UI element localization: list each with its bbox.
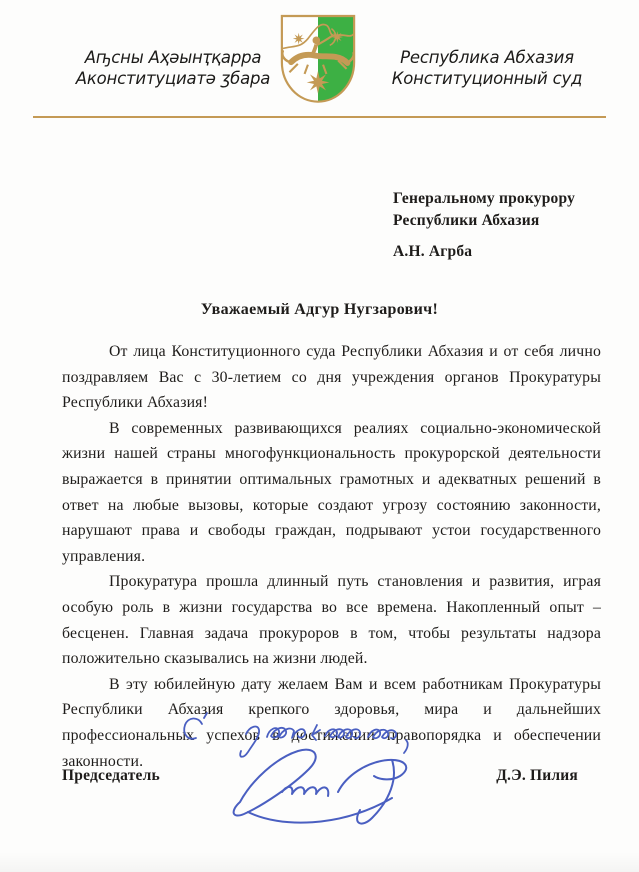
letterhead-abkhaz-title: Аҧсны Аҳәынҭқарра Аконституциатә ӡбара xyxy=(54,47,292,89)
signer-name: Д.Э. Пилия xyxy=(496,767,578,785)
letter-body: От лица Конституционного суда Республики… xyxy=(62,339,601,774)
letter-paragraph: В современных развивающихся реалиях соци… xyxy=(62,416,601,570)
letter-paragraph: От лица Конституционного суда Республики… xyxy=(62,339,601,416)
closing-row: Председатель Д.Э. Пилия xyxy=(62,767,578,785)
coat-of-arms-icon xyxy=(276,13,360,108)
letter-paragraph: В эту юбилейную дату желаем Вам и всем р… xyxy=(62,672,601,774)
addressee-line1: Генеральному прокурору xyxy=(393,188,575,210)
salutation: Уважаемый Адгур Нугзарович! xyxy=(0,301,639,319)
addressee-name: А.Н. Агрба xyxy=(393,241,575,263)
letterhead-abkhaz-line1: Аҧсны Аҳәынҭқарра xyxy=(54,47,292,68)
letterhead-abkhaz-line2: Аконституциатә ӡбара xyxy=(54,68,292,89)
letterhead-russian-title: Республика Абхазия Конституционный суд xyxy=(368,47,606,89)
position-title: Председатель xyxy=(62,767,160,785)
letter-paragraph: Прокуратура прошла длинный путь становле… xyxy=(62,569,601,671)
letter-page: Аҧсны Аҳәынҭқарра Аконституциатә ӡбара xyxy=(0,0,639,872)
letterhead-russian-line1: Республика Абхазия xyxy=(368,47,606,68)
addressee-line2: Республики Абхазия xyxy=(393,210,575,232)
addressee-block: Генеральному прокурору Республики Абхази… xyxy=(393,188,575,263)
letterhead-divider xyxy=(33,116,606,118)
letterhead-russian-line2: Конституционный суд xyxy=(368,68,606,89)
